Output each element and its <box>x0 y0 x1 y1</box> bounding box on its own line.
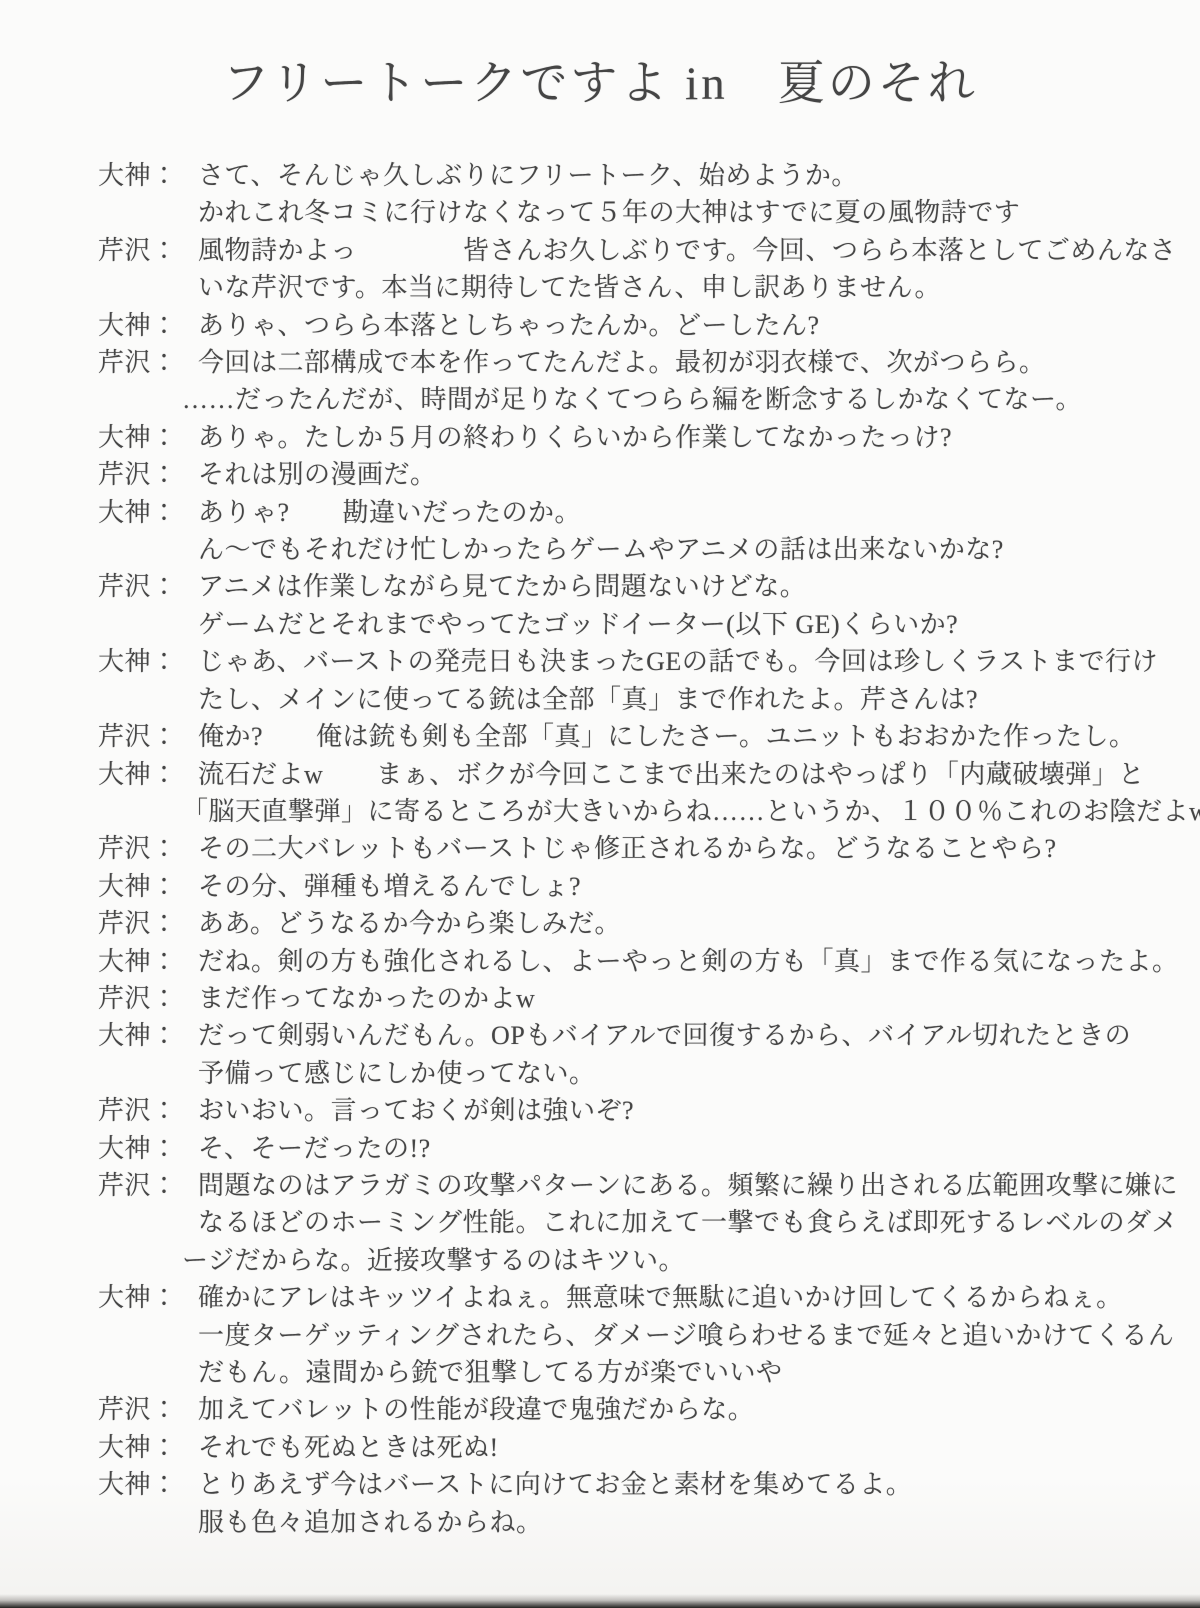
dialogue-line: 芹沢：その二大バレットもバーストじゃ修正されるからな。どうなることやら? <box>98 830 1150 867</box>
dialogue-line: 芹沢：問題なのはアラガミの攻撃パターンにある。頻繁に繰り出される広範囲攻撃に嫌に <box>98 1167 1150 1204</box>
dialogue-text: その分、弾種も増えるんでしょ? <box>198 872 581 901</box>
speaker-name: 大神： <box>98 1017 198 1054</box>
speaker-name: 芹沢： <box>98 568 198 605</box>
dialogue-line: 大神：それでも死ぬときは死ぬ! <box>98 1429 1150 1466</box>
speaker-name: 大神： <box>98 494 198 531</box>
dialogue-line: 芹沢：おいおい。言っておくが剣は強いぞ? <box>98 1092 1150 1129</box>
dialogue-line: 大神：だって剣弱いんだもん。OPもバイアルで回復するから、バイアル切れたときの <box>98 1017 1150 1054</box>
dialogue-text: ありゃ、つらら本落としちゃったんか。どーしたん? <box>198 311 820 340</box>
speaker-name: 大神： <box>98 1466 198 1503</box>
dialogue-text: アニメは作業しながら見てたから問題ないけどな。 <box>198 572 806 601</box>
dialogue-line-continuation: いな芹沢です。本当に期待してた皆さん、申し訳ありません。 <box>98 269 1150 306</box>
dialogue-line: 芹沢：まだ作ってなかったのかよw <box>98 980 1150 1017</box>
speaker-name: 大神： <box>98 943 198 980</box>
dialogue-text: 風物詩かよっ 皆さんお久しぶりです。今回、つらら本落としてごめんなさ <box>198 236 1176 265</box>
speaker-name: 芹沢： <box>98 232 198 269</box>
dialogue-line-continuation: だもん。遠間から銃で狙撃してる方が楽でいいや <box>98 1354 1150 1391</box>
speaker-name: 芹沢： <box>98 718 198 755</box>
dialogue-text: 今回は二部構成で本を作ってたんだよ。最初が羽衣様で、次がつらら。 <box>198 348 1045 377</box>
dialogue-line: 大神：ありゃ、つらら本落としちゃったんか。どーしたん? <box>98 307 1150 344</box>
speaker-name: 大神： <box>98 419 198 456</box>
dialogue-line-continuation: 一度ターゲッティングされたら、ダメージ喰らわせるまで延々と追いかけてくるん <box>98 1317 1150 1354</box>
dialogue-text: 流石だよw まぁ、ボクが今回ここまで出来たのはやっぱり「内蔵破壊弾」と <box>198 760 1145 789</box>
dialogue-line: 芹沢：それは別の漫画だ。 <box>98 456 1150 493</box>
scan-bottom-edge <box>0 1594 1200 1608</box>
speaker-name: 大神： <box>98 157 198 194</box>
dialogue-line-continuation: かれこれ冬コミに行けなくなって５年の大神はすでに夏の風物詩です <box>98 194 1150 231</box>
dialogue-line: 芹沢：俺か? 俺は銃も剣も全部「真」にしたさー。ユニットもおおかた作ったし。 <box>98 718 1150 755</box>
dialogue-text: その二大バレットもバーストじゃ修正されるからな。どうなることやら? <box>198 834 1056 863</box>
dialogue-text: おいおい。言っておくが剣は強いぞ? <box>198 1096 634 1125</box>
page-title: フリートークですよ in 夏のそれ <box>40 46 1160 113</box>
speaker-name: 大神： <box>98 643 198 680</box>
dialogue-line: 大神：流石だよw まぁ、ボクが今回ここまで出来たのはやっぱり「内蔵破壊弾」と <box>98 756 1150 793</box>
dialogue-line: 芹沢：ああ。どうなるか今から楽しみだ。 <box>98 905 1150 942</box>
dialogue-line-continuation: ゲームだとそれまでやってたゴッドイーター(以下 GE)くらいか? <box>98 606 1150 643</box>
dialogue-line: 大神：とりあえず今はバーストに向けてお金と素材を集めてるよ。 <box>98 1466 1150 1503</box>
dialogue-text: それでも死ぬときは死ぬ! <box>198 1433 499 1462</box>
dialogue-text: 問題なのはアラガミの攻撃パターンにある。頻繁に繰り出される広範囲攻撃に嫌に <box>198 1171 1178 1200</box>
dialogue-line: 大神：そ、そーだったの!? <box>98 1130 1150 1167</box>
speaker-name: 芹沢： <box>98 1092 198 1129</box>
dialogue-text: まだ作ってなかったのかよw <box>198 984 535 1013</box>
speaker-name: 大神： <box>98 1429 198 1466</box>
dialogue-line-continuation: たし、メインに使ってる銃は全部「真」まで作れたよ。芹さんは? <box>98 681 1150 718</box>
dialogue-line-continuation: 予備って感じにしか使ってない。 <box>98 1055 1150 1092</box>
dialogue-line: 芹沢：アニメは作業しながら見てたから問題ないけどな。 <box>98 568 1150 605</box>
dialogue-text: ありゃ? 勘違いだったのか。 <box>198 498 581 527</box>
dialogue-text: 加えてバレットの性能が段違で鬼強だからな。 <box>198 1395 754 1424</box>
speaker-name: 大神： <box>98 1279 198 1316</box>
dialogue-line: 芹沢：今回は二部構成で本を作ってたんだよ。最初が羽衣様で、次がつらら。 <box>98 344 1150 381</box>
dialogue-text: ああ。どうなるか今から楽しみだ。 <box>198 909 621 938</box>
dialogue-line-continuation: ん〜でもそれだけ忙しかったらゲームやアニメの話は出来ないかな? <box>98 531 1150 568</box>
dialogue-text: じゃあ、バーストの発売日も決まったGEの話でも。今回は珍しくラストまで行け <box>198 647 1158 676</box>
dialogue-text: だって剣弱いんだもん。OPもバイアルで回復するから、バイアル切れたときの <box>198 1021 1131 1050</box>
dialogue-text: それは別の漫画だ。 <box>198 460 437 489</box>
speaker-name: 大神： <box>98 307 198 344</box>
speaker-name: 芹沢： <box>98 1167 198 1204</box>
dialogue-line: 大神：その分、弾種も増えるんでしょ? <box>98 868 1150 905</box>
speaker-name: 芹沢： <box>98 905 198 942</box>
dialogue-line: 芹沢：風物詩かよっ 皆さんお久しぶりです。今回、つらら本落としてごめんなさ <box>98 232 1150 269</box>
dialogue-text: 俺か? 俺は銃も剣も全部「真」にしたさー。ユニットもおおかた作ったし。 <box>198 722 1135 751</box>
speaker-name: 芹沢： <box>98 830 198 867</box>
dialogue-line: 大神：ありゃ? 勘違いだったのか。 <box>98 494 1150 531</box>
dialogue-line: 芹沢：加えてバレットの性能が段違で鬼強だからな。 <box>98 1391 1150 1428</box>
dialogue-text: さて、そんじゃ久しぶりにフリートーク、始めようか。 <box>198 161 858 190</box>
dialogue-text: だね。剣の方も強化されるし、よーやっと剣の方も「真」まで作る気になったよ。 <box>198 947 1179 976</box>
speaker-name: 芹沢： <box>98 344 198 381</box>
dialogue-line: 大神：じゃあ、バーストの発売日も決まったGEの話でも。今回は珍しくラストまで行け <box>98 643 1150 680</box>
dialogue-line-continuation: 「脳天直撃弾」に寄るところが大きいからね……というか、１００％これのお陰だよw <box>98 793 1150 830</box>
dialogue: 大神：さて、そんじゃ久しぶりにフリートーク、始めようか。かれこれ冬コミに行けなく… <box>98 157 1150 1541</box>
speaker-name: 大神： <box>98 756 198 793</box>
dialogue-line-continuation: ージだからな。近接攻撃するのはキツい。 <box>98 1242 1150 1279</box>
dialogue-line: 大神：ありゃ。たしか５月の終わりくらいから作業してなかったっけ? <box>98 419 1150 456</box>
dialogue-line-continuation: 服も色々追加されるからね。 <box>98 1504 1150 1541</box>
dialogue-line: 大神：確かにアレはキッツイよねぇ。無意味で無駄に追いかけ回してくるからねぇ。 <box>98 1279 1150 1316</box>
dialogue-line: 大神：さて、そんじゃ久しぶりにフリートーク、始めようか。 <box>98 157 1150 194</box>
dialogue-text: 確かにアレはキッツイよねぇ。無意味で無駄に追いかけ回してくるからねぇ。 <box>198 1283 1123 1312</box>
dialogue-text: とりあえず今はバーストに向けてお金と素材を集めてるよ。 <box>198 1470 912 1499</box>
speaker-name: 芹沢： <box>98 980 198 1017</box>
dialogue-line: 大神：だね。剣の方も強化されるし、よーやっと剣の方も「真」まで作る気になったよ。 <box>98 943 1150 980</box>
dialogue-line-continuation: ……だったんだが、時間が足りなくてつらら編を断念するしかなくてなー。 <box>98 381 1150 418</box>
speaker-name: 芹沢： <box>98 1391 198 1428</box>
dialogue-line-continuation: なるほどのホーミング性能。これに加えて一撃でも食らえば即死するレベルのダメ <box>98 1204 1150 1241</box>
speaker-name: 大神： <box>98 1130 198 1167</box>
dialogue-text: そ、そーだったの!? <box>198 1134 431 1163</box>
speaker-name: 大神： <box>98 868 198 905</box>
speaker-name: 芹沢： <box>98 456 198 493</box>
dialogue-text: ありゃ。たしか５月の終わりくらいから作業してなかったっけ? <box>198 423 952 452</box>
scanned-page: フリートークですよ in 夏のそれ 大神：さて、そんじゃ久しぶりにフリートーク、… <box>0 0 1200 1608</box>
